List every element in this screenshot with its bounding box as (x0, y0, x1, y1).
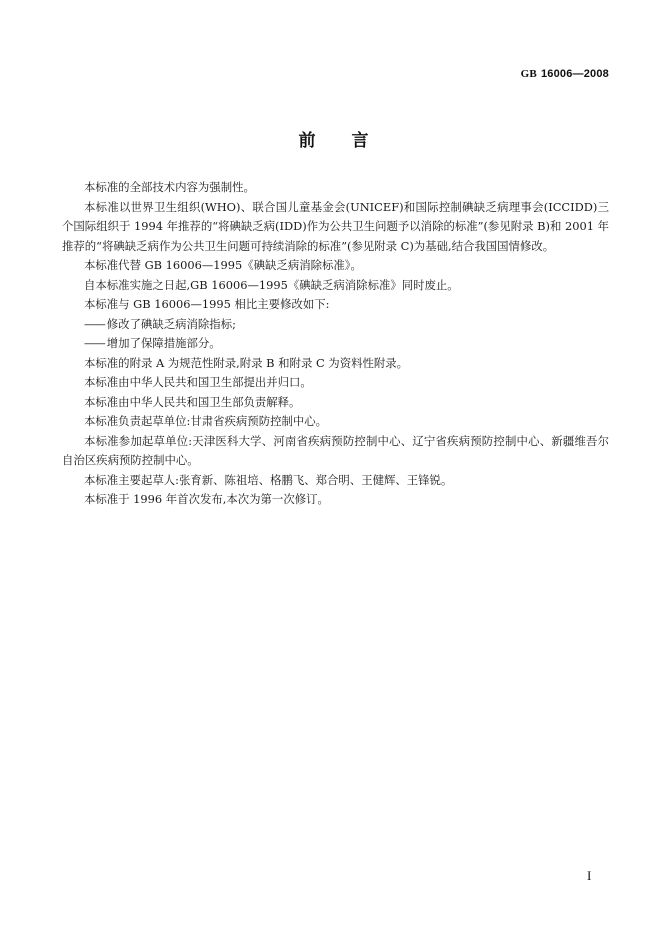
paragraph-replaces: 本标准代替 GB 16006—1995《碘缺乏病消除标准》。 (62, 256, 609, 276)
paragraph-mandatory: 本标准的全部技术内容为强制性。 (62, 178, 609, 198)
paragraph-interpreted-by: 本标准由中华人民共和国卫生部负责解释。 (62, 393, 609, 413)
page-number: I (587, 868, 591, 884)
standard-number: 16006—2008 (541, 68, 609, 80)
paragraph-changes-intro: 本标准与 GB 16006—1995 相比主要修改如下: (62, 295, 609, 315)
paragraph-lead-drafter: 本标准负责起草单位:甘肃省疾病预防控制中心。 (62, 412, 609, 432)
paragraph-abolished: 自本标准实施之日起,GB 16006—1995《碘缺乏病消除标准》同时废止。 (62, 276, 609, 296)
paragraph-publication-history: 本标准于 1996 年首次发布,本次为第一次修订。 (62, 490, 609, 510)
change-text: 增加了保障措施部分。 (107, 336, 221, 350)
page-title: 前言 (0, 126, 667, 151)
change-item: ——增加了保障措施部分。 (62, 334, 609, 354)
dash-marker: —— (84, 317, 105, 331)
standard-code-header: GB16006—2008 (521, 68, 609, 80)
foreword-body: 本标准的全部技术内容为强制性。 本标准以世界卫生组织(WHO)、联合国儿童基金会… (62, 178, 609, 510)
document-page: GB16006—2008 前言 本标准的全部技术内容为强制性。 本标准以世界卫生… (0, 0, 667, 951)
paragraph-participating-drafters: 本标准参加起草单位:天津医科大学、河南省疾病预防控制中心、辽宁省疾病预防控制中心… (62, 432, 609, 471)
paragraph-annexes: 本标准的附录 A 为规范性附录,附录 B 和附录 C 为资料性附录。 (62, 354, 609, 374)
standard-prefix: GB (521, 68, 537, 80)
paragraph-basis: 本标准以世界卫生组织(WHO)、联合国儿童基金会(UNICEF)和国际控制碘缺乏… (62, 198, 609, 257)
paragraph-main-drafters: 本标准主要起草人:张育新、陈祖培、格鹏飞、郑合明、王健辉、王锋锐。 (62, 471, 609, 491)
change-item: ——修改了碘缺乏病消除指标; (62, 315, 609, 335)
dash-marker: —— (84, 336, 105, 350)
change-text: 修改了碘缺乏病消除指标; (107, 317, 236, 331)
paragraph-proposed-by: 本标准由中华人民共和国卫生部提出并归口。 (62, 373, 609, 393)
